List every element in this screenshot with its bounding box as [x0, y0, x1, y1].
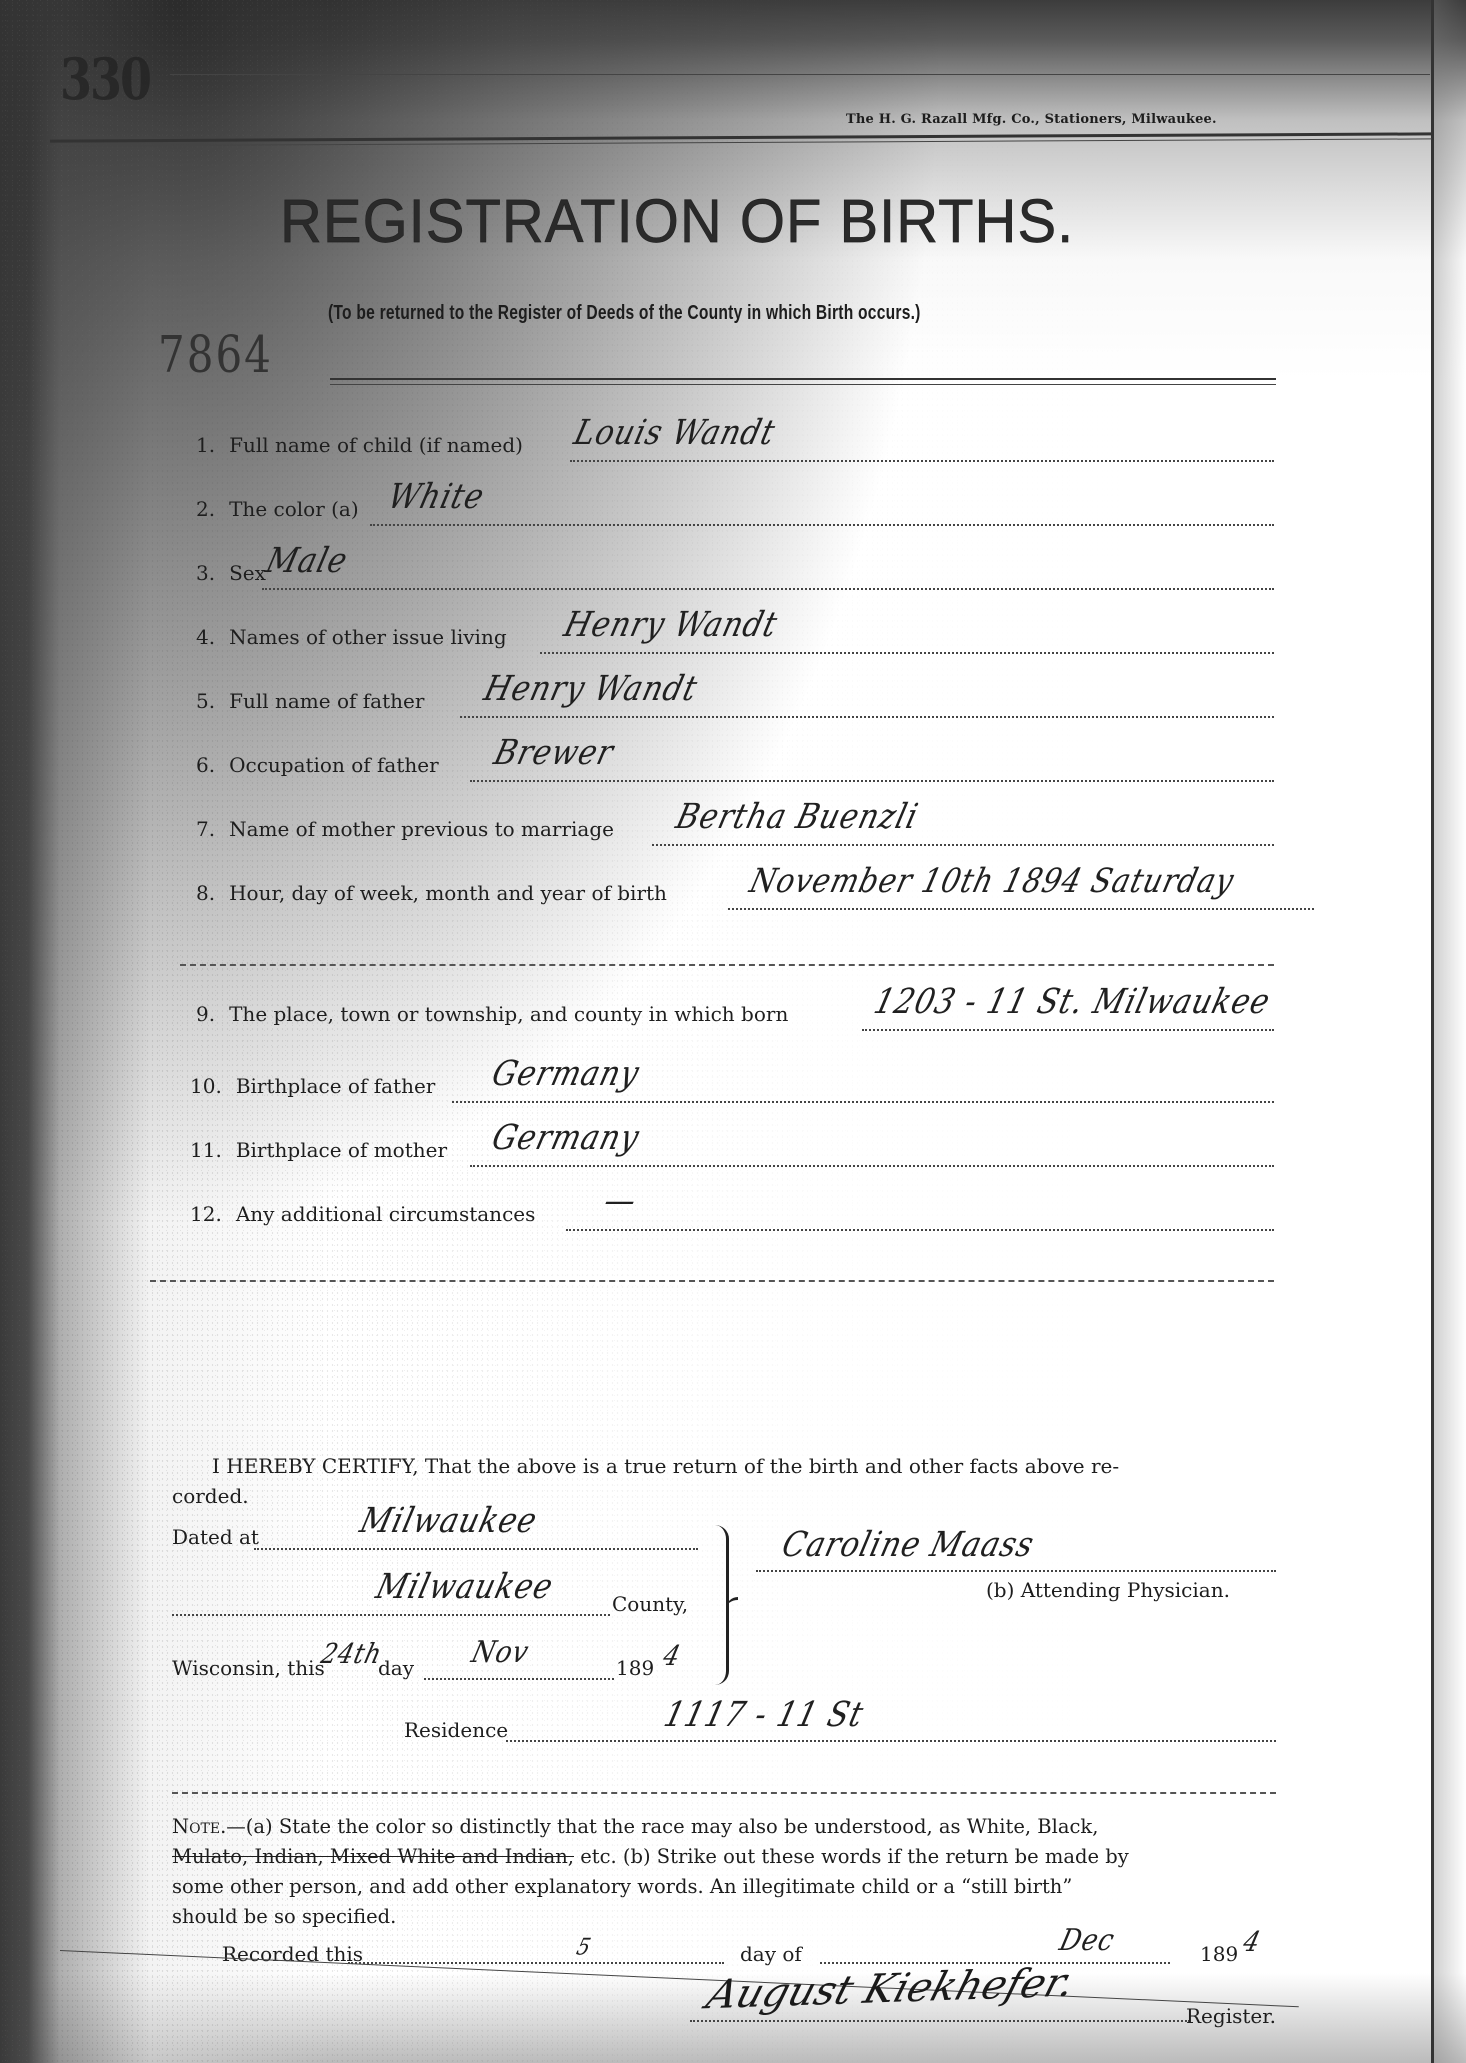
note-lead: Note.: [172, 1815, 226, 1838]
field-2-label: 2.The color (a): [196, 497, 359, 521]
register-label: Register.: [1186, 2004, 1276, 2028]
physician-line: [756, 1570, 1276, 1572]
day-value: 24th: [318, 1638, 386, 1670]
field-9-line: [862, 1029, 1274, 1031]
title-underline-2: [330, 384, 1276, 385]
note-text-b-struck: Mulato, Indian, Mixed White and Indian,: [172, 1845, 574, 1868]
title-underline: [330, 378, 1276, 380]
county-value: Milwaukee: [372, 1567, 558, 1607]
field-4-line: [540, 652, 1274, 654]
field-5-line: [460, 716, 1274, 718]
note-text-d: should be so specified.: [172, 1905, 396, 1928]
month-value: Nov: [468, 1636, 533, 1671]
corner-number: 330: [60, 45, 150, 113]
field-8-continuation-line: [180, 964, 1274, 966]
field-8-line: [728, 908, 1314, 910]
field-7-value: Bertha Buenzli: [672, 797, 922, 837]
dated-at-value: Milwaukee: [356, 1501, 542, 1541]
field-1-value: Louis Wandt: [570, 413, 780, 453]
field-5-value: Henry Wandt: [480, 669, 702, 709]
dated-at-line: [254, 1548, 698, 1550]
certification-brace: [706, 1525, 729, 1685]
document-title: REGISTRATION OF BIRTHS.: [280, 186, 1074, 256]
field-11-label: 11.Birthplace of mother: [190, 1138, 447, 1162]
field-3-line: [262, 588, 1274, 590]
field-5-label: 5.Full name of father: [196, 689, 424, 713]
field-8-value: November 10th 1894 Saturday: [746, 861, 1238, 900]
field-6-label: 6.Occupation of father: [196, 753, 439, 777]
certification-bottom-line: [172, 1792, 1276, 1794]
recorded-month-value: Dec: [1056, 1924, 1118, 1959]
county-line: [172, 1614, 610, 1616]
physician-signature: Caroline Maass: [778, 1525, 1038, 1565]
field-6-line: [470, 780, 1274, 782]
residence-label: Residence: [404, 1718, 508, 1742]
physician-label: (b) Attending Physician.: [986, 1578, 1230, 1602]
field-7-label: 7.Name of mother previous to marriage: [196, 817, 614, 841]
field-3-label: 3.Sex: [196, 561, 266, 585]
certify-statement-line1: I HEREBY CERTIFY, That the above is a tr…: [212, 1454, 1119, 1478]
day-of-label: day of: [740, 1942, 802, 1966]
note-text-a: —(a) State the color so distinctly that …: [226, 1815, 1098, 1838]
day-label: day: [378, 1656, 414, 1680]
dated-at-label: Dated at: [172, 1525, 259, 1549]
field-1-label: 1.Full name of child (if named): [196, 433, 523, 457]
field-12-line: [566, 1229, 1274, 1231]
field-6-value: Brewer: [490, 733, 618, 773]
field-10-value: Germany: [488, 1054, 644, 1094]
printer-imprint: The H. G. Razall Mfg. Co., Stationers, M…: [846, 112, 1217, 127]
field-9-value: 1203 - 11 St. Milwaukee: [870, 982, 1274, 1022]
residence-value: 1117 - 11 St: [660, 1695, 868, 1735]
field-9-label: 9.The place, town or township, and count…: [196, 1002, 788, 1026]
field-12-label: 12.Any additional circumstances: [190, 1202, 535, 1226]
field-12-continuation-line: [150, 1280, 1274, 1282]
registration-number: 7864: [158, 325, 273, 384]
field-10-label: 10.Birthplace of father: [190, 1074, 435, 1098]
page-fold-shadow: [1434, 0, 1466, 2063]
county-label: County,: [612, 1592, 688, 1616]
document-subtitle: (To be returned to the Register of Deeds…: [328, 302, 921, 325]
field-10-line: [452, 1101, 1274, 1103]
instructions-note: Note.—(a) State the color so distinctly …: [172, 1812, 1282, 1932]
certify-statement-line2: corded.: [172, 1484, 249, 1508]
year-prefix: 189: [616, 1656, 654, 1680]
month-line: [424, 1678, 614, 1680]
state-label: Wisconsin, this: [172, 1656, 325, 1680]
note-text-b: etc. (b) Strike out these words if the r…: [574, 1845, 1129, 1868]
residence-line: [506, 1740, 1276, 1742]
note-text-c: some other person, and add other explana…: [172, 1875, 1072, 1898]
field-4-label: 4.Names of other issue living: [196, 625, 507, 649]
register-line: [690, 2020, 1190, 2022]
recorded-year-prefix: 189: [1200, 1942, 1238, 1966]
field-2-value: White: [384, 477, 489, 517]
field-1-line: [570, 460, 1274, 462]
field-3-value: Male: [262, 541, 352, 581]
recorded-day-line: [348, 1962, 724, 1964]
field-11-line: [470, 1165, 1274, 1167]
field-8-label: 8.Hour, day of week, month and year of b…: [196, 881, 667, 905]
field-2-line: [370, 524, 1274, 526]
field-11-value: Germany: [488, 1118, 644, 1158]
header-rule: [170, 74, 1430, 75]
field-7-line: [652, 844, 1274, 846]
field-4-value: Henry Wandt: [560, 605, 782, 645]
